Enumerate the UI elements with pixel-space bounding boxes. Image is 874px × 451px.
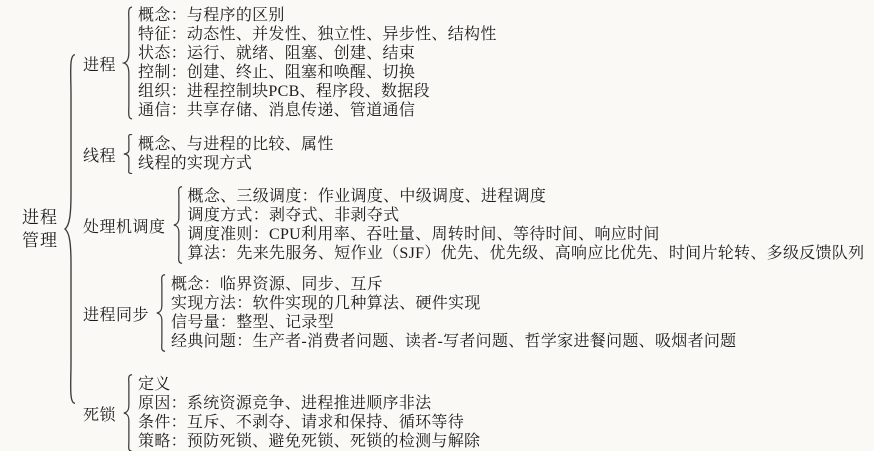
- root-node: 进程 管理 进程 概念：与程序的区别 特征：动态性、并发性、独立性、异步性、结构…: [22, 6, 874, 451]
- root-label-line2: 管理: [22, 229, 58, 252]
- leaf-sync-classic-problems: 经典问题：生产者-消费者问题、读者-写者问题、哲学家进餐问题、吸烟者问题: [171, 332, 736, 351]
- curly-brace-icon: [122, 374, 133, 451]
- leaf-sync-semaphore: 信号量：整型、记录型: [171, 313, 334, 332]
- branch-thread-label: 线程: [83, 143, 116, 166]
- branch-thread: 线程 概念、与进程的比较、属性 线程的实现方式: [83, 134, 334, 174]
- leaf-process-features: 特征：动态性、并发性、独立性、异步性、结构性: [138, 25, 497, 44]
- curly-brace-icon: [155, 274, 166, 352]
- branch-process: 进程 概念：与程序的区别 特征：动态性、并发性、独立性、异步性、结构性 状态：运…: [83, 6, 497, 120]
- branch-cpu-scheduling-label: 处理机调度: [83, 214, 166, 237]
- leaf-sync-concept: 概念：临界资源、同步、互斥: [171, 275, 383, 294]
- leaf-scheduling-criteria: 调度准则：CPU利用率、吞吐量、周转时间、等待时间、响应时间: [188, 225, 660, 244]
- leaf-deadlock-definition: 定义: [138, 375, 171, 394]
- root-children: 进程 概念：与程序的区别 特征：动态性、并发性、独立性、异步性、结构性 状态：运…: [83, 6, 864, 451]
- leaf-scheduling-modes: 调度方式：剥夺式、非剥夺式: [188, 206, 400, 225]
- branch-process-sync-label: 进程同步: [83, 302, 149, 325]
- leaf-deadlock-causes: 原因：系统资源竞争、进程推进顺序非法: [138, 394, 431, 413]
- branch-process-sync: 进程同步 概念：临界资源、同步、互斥 实现方法：软件实现的几种算法、硬件实现 信…: [83, 274, 736, 352]
- leaf-scheduling-levels: 概念、三级调度：作业调度、中级调度、进程调度: [188, 187, 547, 206]
- process-management-mindmap: 进程 管理 进程 概念：与程序的区别 特征：动态性、并发性、独立性、异步性、结构…: [0, 0, 874, 451]
- leaf-process-control: 控制：创建、终止、阻塞和唤醒、切换: [138, 63, 415, 82]
- leaf-process-organization: 组织：进程控制块PCB、程序段、数据段: [138, 82, 430, 101]
- branch-deadlock: 死锁 定义 原因：系统资源竞争、进程推进顺序非法 条件：互斥、不剥夺、请求和保持…: [83, 374, 480, 451]
- leaf-process-concept: 概念：与程序的区别: [138, 6, 285, 25]
- leaf-process-communication: 通信：共享存储、消息传递、管道通信: [138, 101, 415, 120]
- curly-brace-icon: [172, 186, 183, 264]
- branch-cpu-scheduling: 处理机调度 概念、三级调度：作业调度、中级调度、进程调度 调度方式：剥夺式、非剥…: [83, 186, 864, 264]
- leaf-scheduling-algorithms: 算法：先来先服务、短作业（SJF）优先、优先级、高响应比优先、时间片轮转、多级反…: [188, 244, 865, 263]
- leaf-deadlock-strategies: 策略：预防死锁、避免死锁、死锁的检测与解除: [138, 432, 480, 451]
- leaf-sync-methods: 实现方法：软件实现的几种算法、硬件实现: [171, 294, 481, 313]
- curly-brace-icon: [122, 6, 133, 120]
- leaf-process-states: 状态：运行、就绪、阻塞、创建、结束: [138, 44, 415, 63]
- root-label: 进程 管理: [22, 206, 58, 252]
- leaf-thread-implementation: 线程的实现方式: [138, 154, 252, 173]
- leaf-thread-concept: 概念、与进程的比较、属性: [138, 135, 334, 154]
- branch-process-label: 进程: [83, 52, 116, 75]
- root-curly-brace-icon: [63, 53, 77, 405]
- curly-brace-icon: [122, 134, 133, 174]
- root-label-line1: 进程: [22, 206, 58, 229]
- leaf-deadlock-conditions: 条件：互斥、不剥夺、请求和保持、循环等待: [138, 413, 464, 432]
- branch-deadlock-label: 死锁: [83, 402, 116, 425]
